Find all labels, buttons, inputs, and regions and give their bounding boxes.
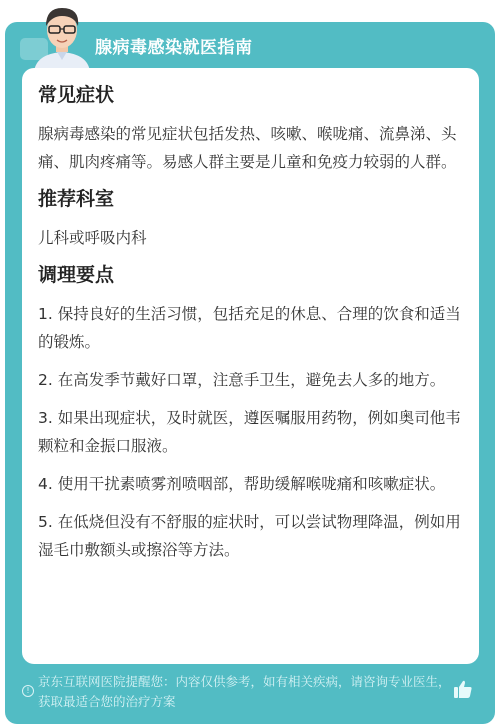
section-title-symptoms: 常见症状 [38, 82, 463, 108]
care-item: 4. 使用干扰素喷雾剂喷咽部，帮助缓解喉咙痛和咳嗽症状。 [38, 470, 463, 498]
care-item: 1. 保持良好的生活习惯，包括充足的休息、合理的饮食和适当的锻炼。 [38, 300, 463, 356]
care-item: 2. 在高发季节戴好口罩，注意手卫生，避免去人多的地方。 [38, 366, 463, 394]
info-icon: ! [22, 685, 34, 697]
department-text: 儿科或呼吸内科 [38, 224, 463, 252]
care-item: 3. 如果出现症状，及时就医，遵医嘱服用药物，例如奥司他韦颗粒和金振口服液。 [38, 404, 463, 460]
section-title-department: 推荐科室 [38, 186, 463, 212]
symptoms-text: 腺病毒感染的常见症状包括发热、咳嗽、喉咙痛、流鼻涕、头痛、肌肉疼痛等。易感人群主… [38, 120, 463, 176]
section-care: 调理要点 1. 保持良好的生活习惯，包括充足的休息、合理的饮食和适当的锻炼。 2… [38, 262, 463, 564]
section-title-care: 调理要点 [38, 262, 463, 288]
section-department: 推荐科室 儿科或呼吸内科 [38, 186, 463, 252]
section-symptoms: 常见症状 腺病毒感染的常见症状包括发热、咳嗽、喉咙痛、流鼻涕、头痛、肌肉疼痛等。… [38, 82, 463, 176]
doctor-avatar [28, 2, 96, 72]
thumbs-up-icon[interactable] [453, 679, 473, 699]
disclaimer-text: 京东互联网医院提醒您：内容仅供参考，如有相关疾病，请咨询专业医生，获取最适合您的… [38, 672, 453, 712]
guide-content: 常见症状 腺病毒感染的常见症状包括发热、咳嗽、喉咙痛、流鼻涕、头痛、肌肉疼痛等。… [22, 68, 479, 664]
care-item: 5. 在低烧但没有不舒服的症状时，可以尝试物理降温，例如用湿毛巾敷额头或擦浴等方… [38, 508, 463, 564]
page-title: 腺病毒感染就医指南 [95, 33, 253, 58]
